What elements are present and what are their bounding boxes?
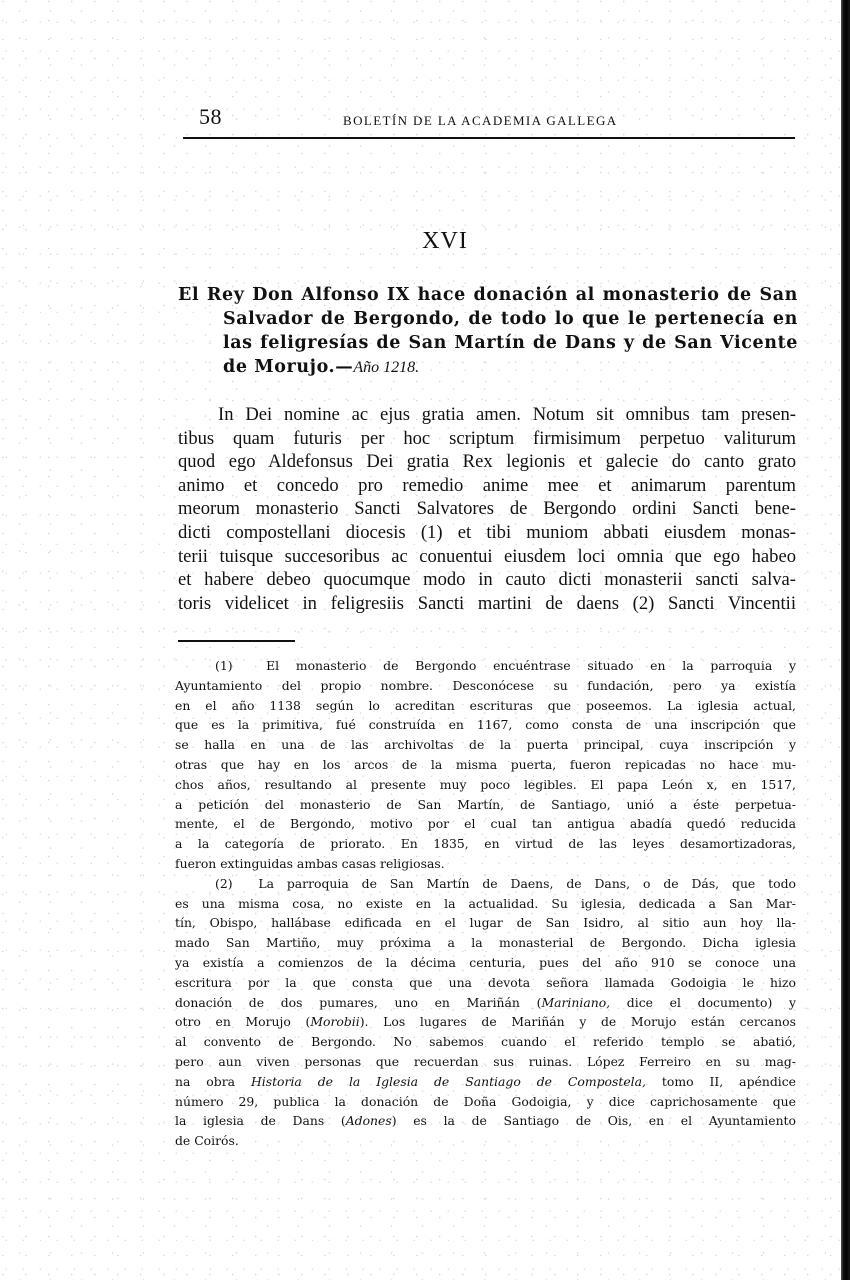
footnote-line: a petición del monasterio de San Martín,… [175,795,796,815]
italic-citation: Morobii [310,1014,359,1029]
italic-citation: Mariniano, [541,995,610,1010]
footnote-line: en el año 1138 según lo acreditan escrit… [175,696,796,716]
footnote-marker: (1) [215,658,266,673]
footnote-line: Ayuntamiento del propio nombre. Desconóc… [175,676,796,696]
latin-charter-text: In Dei nomine ac ejus gratia amen. Notum… [178,403,796,615]
footnote-line: fueron extinguidas ambas casas religiosa… [175,854,796,874]
page-number: 58 [199,104,222,130]
page-header: 58 BOLETÍN DE LA ACADEMIA GALLEGA [183,104,795,134]
document-heading: El Rey Don Alfonso IX hace donación al m… [178,283,798,380]
footnote-1-first-line: (1) El monasterio de Bergondo encuéntras… [175,656,796,676]
body-line: tibus quam futuris per hoc scriptum firm… [178,427,796,451]
body-line: dicti compostellani diocesis (1) et tibi… [178,521,796,545]
footnote-line: la iglesia de Dans (Adones) es la de San… [175,1111,796,1131]
footnote-line: otras que hay en los arcos de la misma p… [175,755,796,775]
footnote-line: se halla en una de las archivoltas de la… [175,735,796,755]
footnote-line: ya existía a comienzos de la décima cent… [175,953,796,973]
footnote-line: a la categoría de priorato. En 1835, en … [175,834,796,854]
body-line: In Dei nomine ac ejus gratia amen. Notum… [178,403,796,427]
italic-citation: Adones [346,1113,392,1128]
body-line: toris videlicet in feligresiis Sancti ma… [178,592,796,616]
heading-dash: — [335,357,353,377]
footnote-line: otro en Morujo (Morobii). Los lugares de… [175,1012,796,1032]
footnote-marker: (2) [215,876,258,891]
footnote-line: es una misma cosa, no existe en la actua… [175,894,796,914]
footnote-line: que es la primitiva, fué construída en 1… [175,715,796,735]
header-rule [183,137,795,139]
footnote-line: mente, el de Bergondo, motivo por el cua… [175,814,796,834]
footnote-line: de Coirós. [175,1131,796,1151]
scan-edge-shadow [841,0,850,1280]
footnote-line: mado San Martiño, muy próxima a la monas… [175,933,796,953]
body-line: terii tuisque succesoribus ac conuentui … [178,545,796,569]
running-title: BOLETÍN DE LA ACADEMIA GALLEGA [343,113,618,129]
footnote-line: al convento de Bergondo. No sabemos cuan… [175,1032,796,1052]
footnote-line: número 29, publica la donación de Doña G… [175,1092,796,1112]
footnote-line: donación de dos pumares, uno en Mariñán … [175,993,796,1013]
body-line: animo et concedo pro remedio anime mee e… [178,474,796,498]
section-number: XVI [0,228,850,255]
footnote-2-first-line: (2) La parroquia de San Martín de Daens,… [175,874,796,894]
footnote-line: pero aun viven personas que recuerdan su… [175,1052,796,1072]
footnote-line: escritura por la que consta que una devo… [175,973,796,993]
body-line: quod ego Aldefonsus Dei gratia Rex legio… [178,450,796,474]
footnote-line: na obra Historia de la Iglesia de Santia… [175,1072,796,1092]
footnote-line: tín, Obispo, hallábase edificada en el l… [175,913,796,933]
footnote-line: chos años, resultando al presente muy po… [175,775,796,795]
italic-citation: Historia de la Iglesia de Santiago de Co… [251,1074,646,1089]
body-line: meorum monasterio Sancti Salvatores de B… [178,497,796,521]
footnotes: (1) El monasterio de Bergondo encuéntras… [175,656,796,1151]
document-year: Año 1218. [353,359,419,376]
heading-text: El Rey Don Alfonso IX hace donación al m… [178,285,798,377]
footnote-rule [178,640,295,642]
body-line: et habere debeo quocumque modo in cauto … [178,568,796,592]
